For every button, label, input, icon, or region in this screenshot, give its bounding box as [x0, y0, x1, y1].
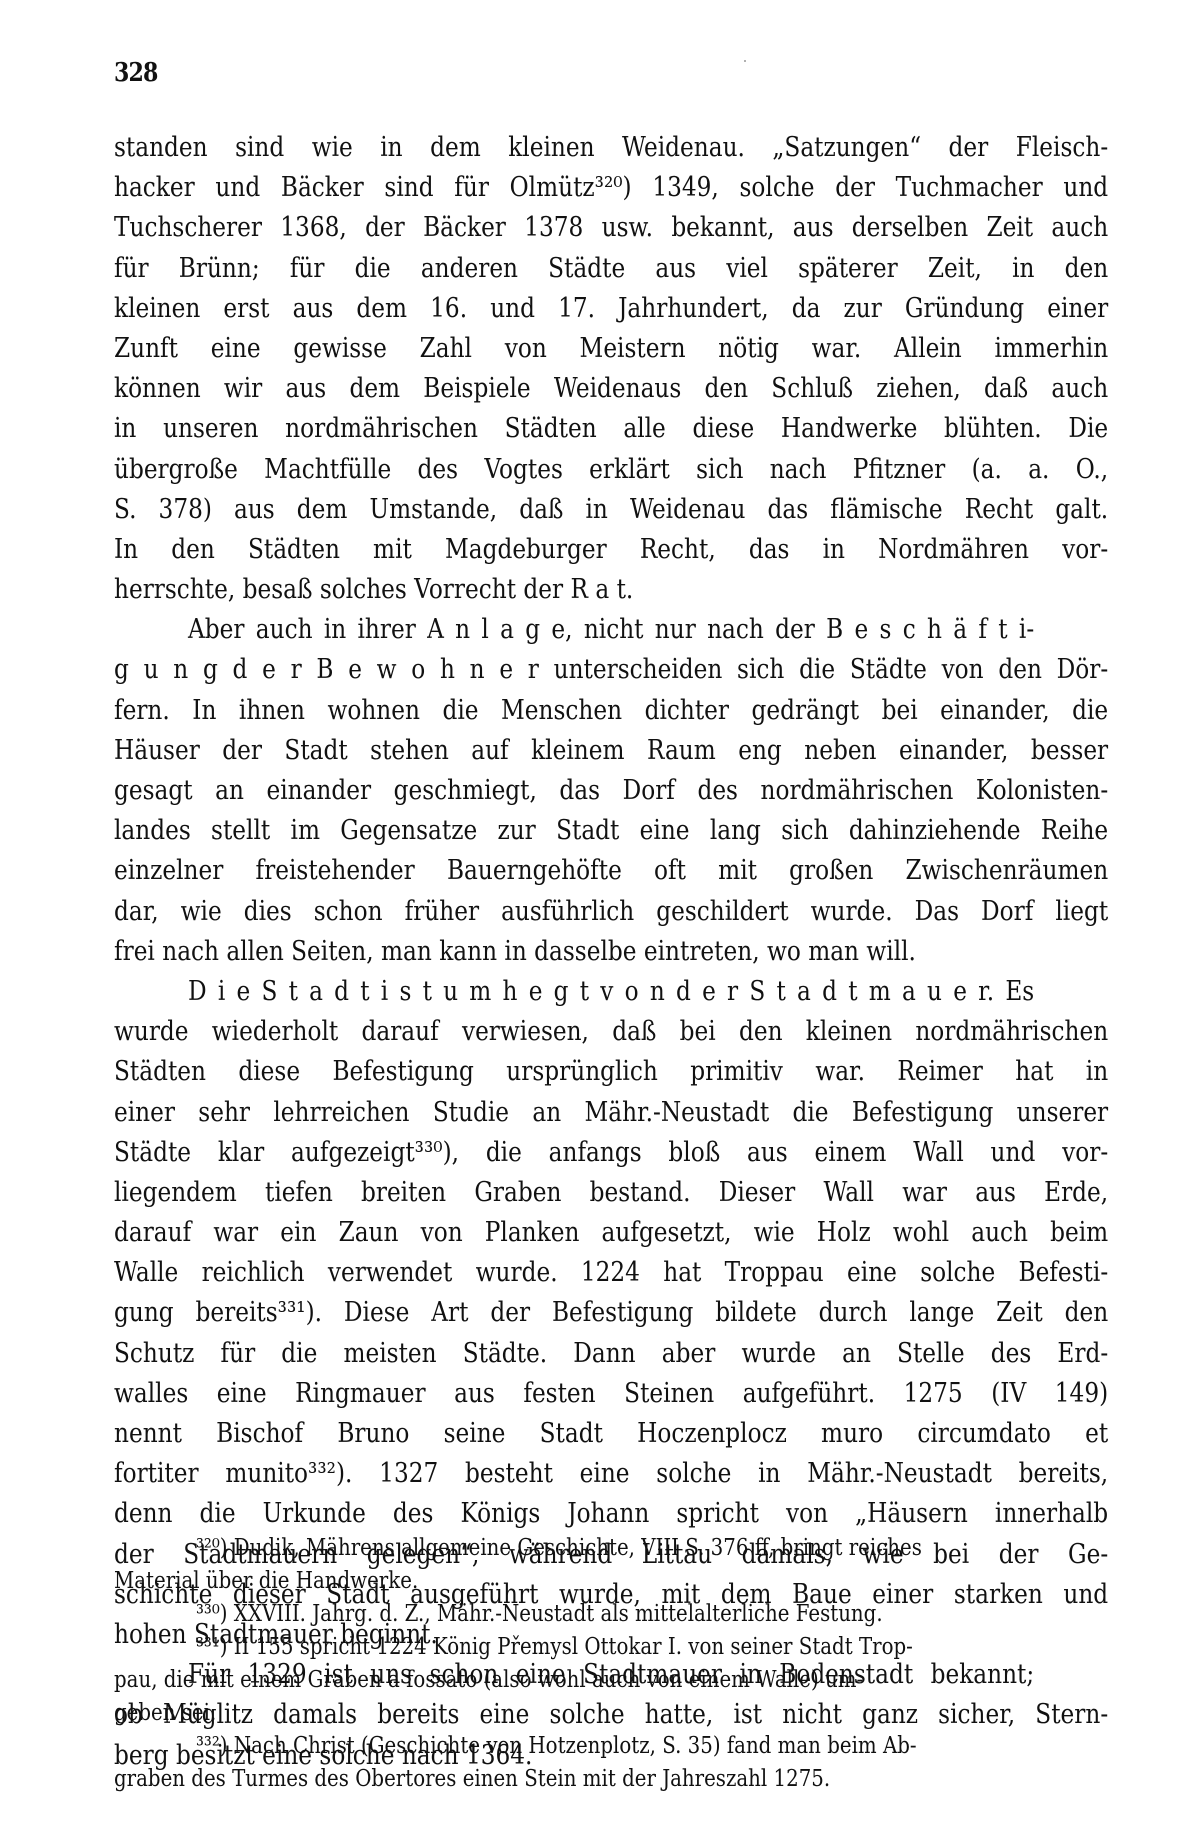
text-line: können wir aus dem Beispiele Weidenaus d… [114, 369, 1108, 409]
footnote-line: graben des Turmes des Obertores einen St… [114, 1763, 1108, 1796]
book-page: 328 standen sind wie in dem kleinen Weid… [0, 0, 1200, 1829]
footnote-line: geben sei. [114, 1697, 1108, 1730]
text-line-content: Tuchscherer 1368, der Bäcker 1378 usw. b… [114, 208, 1108, 248]
text-line: standen sind wie in dem kleinen Weidenau… [114, 128, 1108, 168]
text-line: Zunft eine gewisse Zahl von Meistern nöt… [114, 329, 1108, 369]
footnotes: ³²⁰) Dudik, Mährens allgemeine Geschicht… [114, 1532, 1108, 1796]
text-line-content: fern. In ihnen wohnen die Menschen dicht… [114, 691, 1108, 731]
text-line-content: frei nach allen Seiten, man kann in dass… [114, 932, 1108, 972]
footnote-line: pau, die mit einem Graben a fossato (als… [114, 1664, 1108, 1697]
text-line: Walle reichlich verwendet wurde. 1224 ha… [114, 1253, 1108, 1293]
text-line: fortiter munito³³²). 1327 besteht eine s… [114, 1454, 1108, 1494]
text-line: einer sehr lehrreichen Studie an Mähr.-N… [114, 1093, 1108, 1133]
text-line-content: walles eine Ringmauer aus festen Steinen… [114, 1374, 1108, 1414]
text-line-content: einzelner freistehender Bauerngehöfte of… [114, 851, 1108, 891]
text-line-content: Walle reichlich verwendet wurde. 1224 ha… [114, 1253, 1108, 1293]
text-line: S. 378) aus dem Umstande, daß in Weidena… [114, 490, 1108, 530]
text-line: fern. In ihnen wohnen die Menschen dicht… [114, 691, 1108, 731]
text-line-content: Schutz für die meisten Städte. Dann aber… [114, 1334, 1108, 1374]
footnote-text: geben sei. [114, 1697, 216, 1730]
footnote-text: ³³²) Nach Christ (Geschichte von Hotzenp… [196, 1730, 917, 1763]
text-line-content: dar, wie dies schon früher ausführlich g… [114, 892, 1108, 932]
footnote-line: Material über die Handwerke. [114, 1565, 1108, 1598]
text-line-content: herrschte, besaß solches Vorrecht der R … [114, 570, 1108, 610]
text-line-content: g u n g d e r B e w o h n e r unterschei… [114, 650, 1108, 690]
text-line: in unseren nordmährischen Städten alle d… [114, 409, 1108, 449]
text-line-content: in unseren nordmährischen Städten alle d… [114, 409, 1108, 449]
text-line: gesagt an einander geschmiegt, das Dorf … [114, 771, 1108, 811]
footnote-line: ³³⁰) XXVIII. Jahrg. d. Z., Mähr.-Neustad… [114, 1598, 1108, 1631]
text-line-content: darauf war ein Zaun von Planken aufgeset… [114, 1213, 1108, 1253]
text-line-content: gesagt an einander geschmiegt, das Dorf … [114, 771, 1108, 811]
text-line: für Brünn; für die anderen Städte aus vi… [114, 249, 1108, 289]
footnote-text: Material über die Handwerke. [114, 1565, 418, 1598]
text-line-content: können wir aus dem Beispiele Weidenaus d… [114, 369, 1108, 409]
text-line: Schutz für die meisten Städte. Dann aber… [114, 1334, 1108, 1374]
text-line-content: hacker und Bäcker sind für Olmütz³²⁰) 13… [114, 168, 1108, 208]
text-line-content: fortiter munito³³²). 1327 besteht eine s… [114, 1454, 1108, 1494]
footnote-line: ³³¹) II 155 spricht 1224 König Přemysl O… [114, 1631, 1108, 1664]
text-line-content: liegendem tiefen breiten Graben bestand.… [114, 1173, 1108, 1213]
text-line-content: nennt Bischof Bruno seine Stadt Hoczenpl… [114, 1414, 1108, 1454]
text-line-content: übergroße Machtfülle des Vogtes erklärt … [114, 450, 1108, 490]
text-line-content: Zunft eine gewisse Zahl von Meistern nöt… [114, 329, 1108, 369]
text-line-content: D i e S t a d t i s t u m h e g t v o n … [188, 972, 1034, 1012]
text-line: walles eine Ringmauer aus festen Steinen… [114, 1374, 1108, 1414]
footnote-text: ³²⁰) Dudik, Mährens allgemeine Geschicht… [196, 1532, 922, 1565]
text-line: D i e S t a d t i s t u m h e g t v o n … [114, 972, 1108, 1012]
text-line: wurde wiederholt darauf verwiesen, daß b… [114, 1012, 1108, 1052]
text-line: hacker und Bäcker sind für Olmütz³²⁰) 13… [114, 168, 1108, 208]
text-line-content: S. 378) aus dem Umstande, daß in Weidena… [114, 490, 1108, 530]
footnote-text: ³³⁰) XXVIII. Jahrg. d. Z., Mähr.-Neustad… [196, 1598, 883, 1631]
text-line: Häuser der Stadt stehen auf kleinem Raum… [114, 731, 1108, 771]
footnote-text: ³³¹) II 155 spricht 1224 König Přemysl O… [196, 1631, 913, 1664]
text-line-content: Städten diese Befestigung ursprünglich p… [114, 1052, 1108, 1092]
text-line-content: Städte klar aufgezeigt³³⁰), die anfangs … [114, 1133, 1108, 1173]
text-line: landes stellt im Gegensatze zur Stadt ei… [114, 811, 1108, 851]
footnote-text: graben des Turmes des Obertores einen St… [114, 1763, 830, 1796]
text-line-content: Häuser der Stadt stehen auf kleinem Raum… [114, 731, 1108, 771]
text-line: gung bereits³³¹). Diese Art der Befestig… [114, 1293, 1108, 1333]
text-line: herrschte, besaß solches Vorrecht der R … [114, 570, 1108, 610]
scan-speck [744, 60, 746, 62]
text-line: dar, wie dies schon früher ausführlich g… [114, 892, 1108, 932]
text-line: liegendem tiefen breiten Graben bestand.… [114, 1173, 1108, 1213]
text-line-content: landes stellt im Gegensatze zur Stadt ei… [114, 811, 1108, 851]
footnote-line: ³³²) Nach Christ (Geschichte von Hotzenp… [114, 1730, 1108, 1763]
text-line-content: wurde wiederholt darauf verwiesen, daß b… [114, 1012, 1108, 1052]
text-line: einzelner freistehender Bauerngehöfte of… [114, 851, 1108, 891]
text-line: Tuchscherer 1368, der Bäcker 1378 usw. b… [114, 208, 1108, 248]
text-line-content: In den Städten mit Magdeburger Recht, da… [114, 530, 1108, 570]
text-line: kleinen erst aus dem 16. und 17. Jahrhun… [114, 289, 1108, 329]
text-line-content: standen sind wie in dem kleinen Weidenau… [114, 128, 1108, 168]
text-line: frei nach allen Seiten, man kann in dass… [114, 932, 1108, 972]
text-line: Städten diese Befestigung ursprünglich p… [114, 1052, 1108, 1092]
footnote-line: ³²⁰) Dudik, Mährens allgemeine Geschicht… [114, 1532, 1108, 1565]
text-line-content: kleinen erst aus dem 16. und 17. Jahrhun… [114, 289, 1108, 329]
text-line-content: einer sehr lehrreichen Studie an Mähr.-N… [114, 1093, 1108, 1133]
text-line: nennt Bischof Bruno seine Stadt Hoczenpl… [114, 1414, 1108, 1454]
text-line: denn die Urkunde des Königs Johann spric… [114, 1494, 1108, 1534]
text-line: übergroße Machtfülle des Vogtes erklärt … [114, 450, 1108, 490]
text-line: darauf war ein Zaun von Planken aufgeset… [114, 1213, 1108, 1253]
body-text: standen sind wie in dem kleinen Weidenau… [114, 128, 1108, 1776]
text-line: Aber auch in ihrer A n l a g e, nicht nu… [114, 610, 1108, 650]
text-line: g u n g d e r B e w o h n e r unterschei… [114, 650, 1108, 690]
text-line: Städte klar aufgezeigt³³⁰), die anfangs … [114, 1133, 1108, 1173]
page-number: 328 [114, 58, 158, 88]
text-line-content: gung bereits³³¹). Diese Art der Befestig… [114, 1293, 1108, 1333]
text-line-content: Aber auch in ihrer A n l a g e, nicht nu… [188, 610, 1034, 650]
text-line: In den Städten mit Magdeburger Recht, da… [114, 530, 1108, 570]
text-line-content: denn die Urkunde des Königs Johann spric… [114, 1494, 1108, 1534]
text-line-content: für Brünn; für die anderen Städte aus vi… [114, 249, 1108, 289]
footnote-text: pau, die mit einem Graben a fossato (als… [114, 1664, 863, 1697]
